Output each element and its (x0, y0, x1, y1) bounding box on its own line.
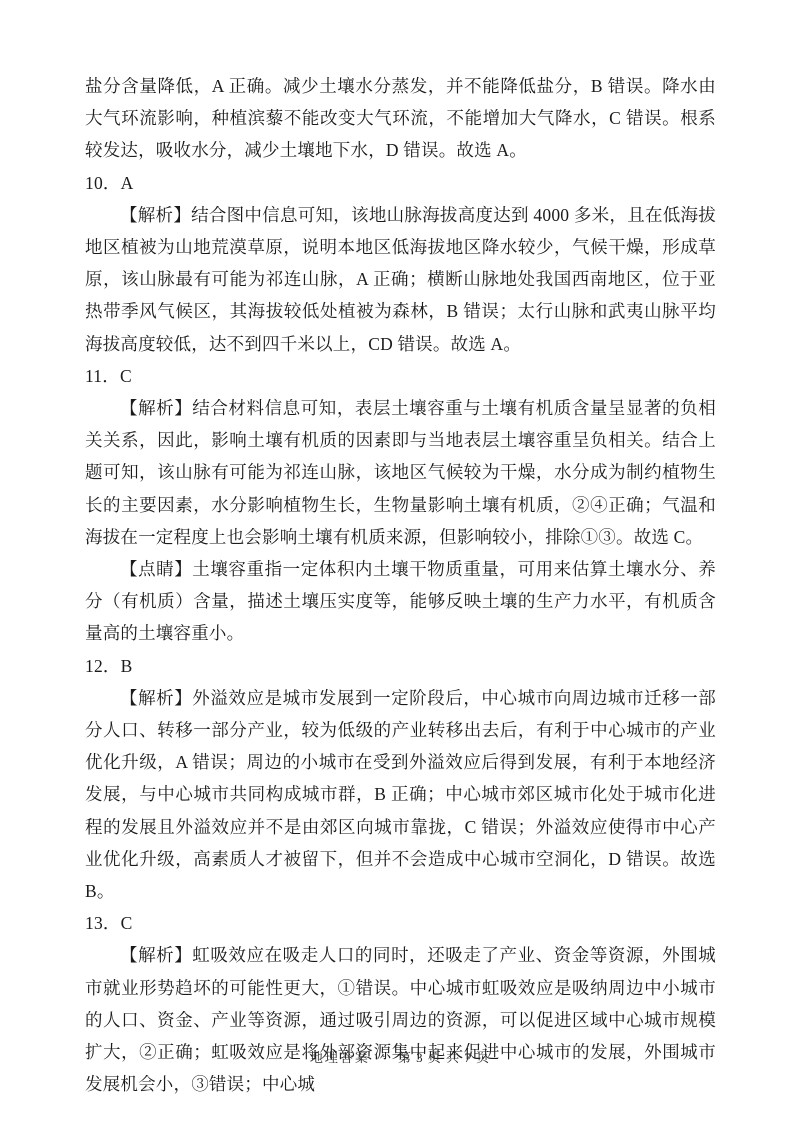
document-page: 盐分含量降低，A 正确。减少土壤水分蒸发，并不能降低盐分，B 错误。降水由大气环… (0, 0, 800, 1131)
answer-label-10: 10．A (85, 167, 716, 199)
tip-paragraph-11: 【点睛】土壤容重指一定体积内土壤干物质重量，可用来估算土壤水分、养分（有机质）含… (85, 553, 716, 650)
footer-separator: · (382, 1049, 386, 1064)
answer-label-13: 13．C (85, 907, 716, 939)
explanation-paragraph-12: 【解析】外溢效应是城市发展到一定阶段后，中心城市向周边城市迁移一部分人口、转移一… (85, 682, 716, 907)
page-footer: 地理答案 · 第 3 页 共 7 页 (0, 1047, 800, 1066)
explanation-paragraph-13: 【解析】虹吸效应在吸走人口的同时，还吸走了产业、资金等资源，外围城市就业形势趋坏… (85, 939, 716, 1100)
footer-doc-label: 地理答案 (310, 1047, 370, 1066)
continuation-paragraph-q9: 盐分含量降低，A 正确。减少土壤水分蒸发，并不能降低盐分，B 错误。降水由大气环… (85, 70, 716, 167)
explanation-paragraph-11: 【解析】结合材料信息可知，表层土壤容重与土壤有机质含量呈显著的负相关关系，因此，… (85, 392, 716, 553)
answers-content: 盐分含量降低，A 正确。减少土壤水分蒸发，并不能降低盐分，B 错误。降水由大气环… (85, 70, 716, 1101)
footer-page-indicator: 第 3 页 共 7 页 (398, 1047, 490, 1066)
answer-label-11: 11．C (85, 360, 716, 392)
explanation-paragraph-10: 【解析】结合图中信息可知，该地山脉海拔高度达到 4000 多米，且在低海拔地区植… (85, 199, 716, 360)
answer-label-12: 12．B (85, 650, 716, 682)
